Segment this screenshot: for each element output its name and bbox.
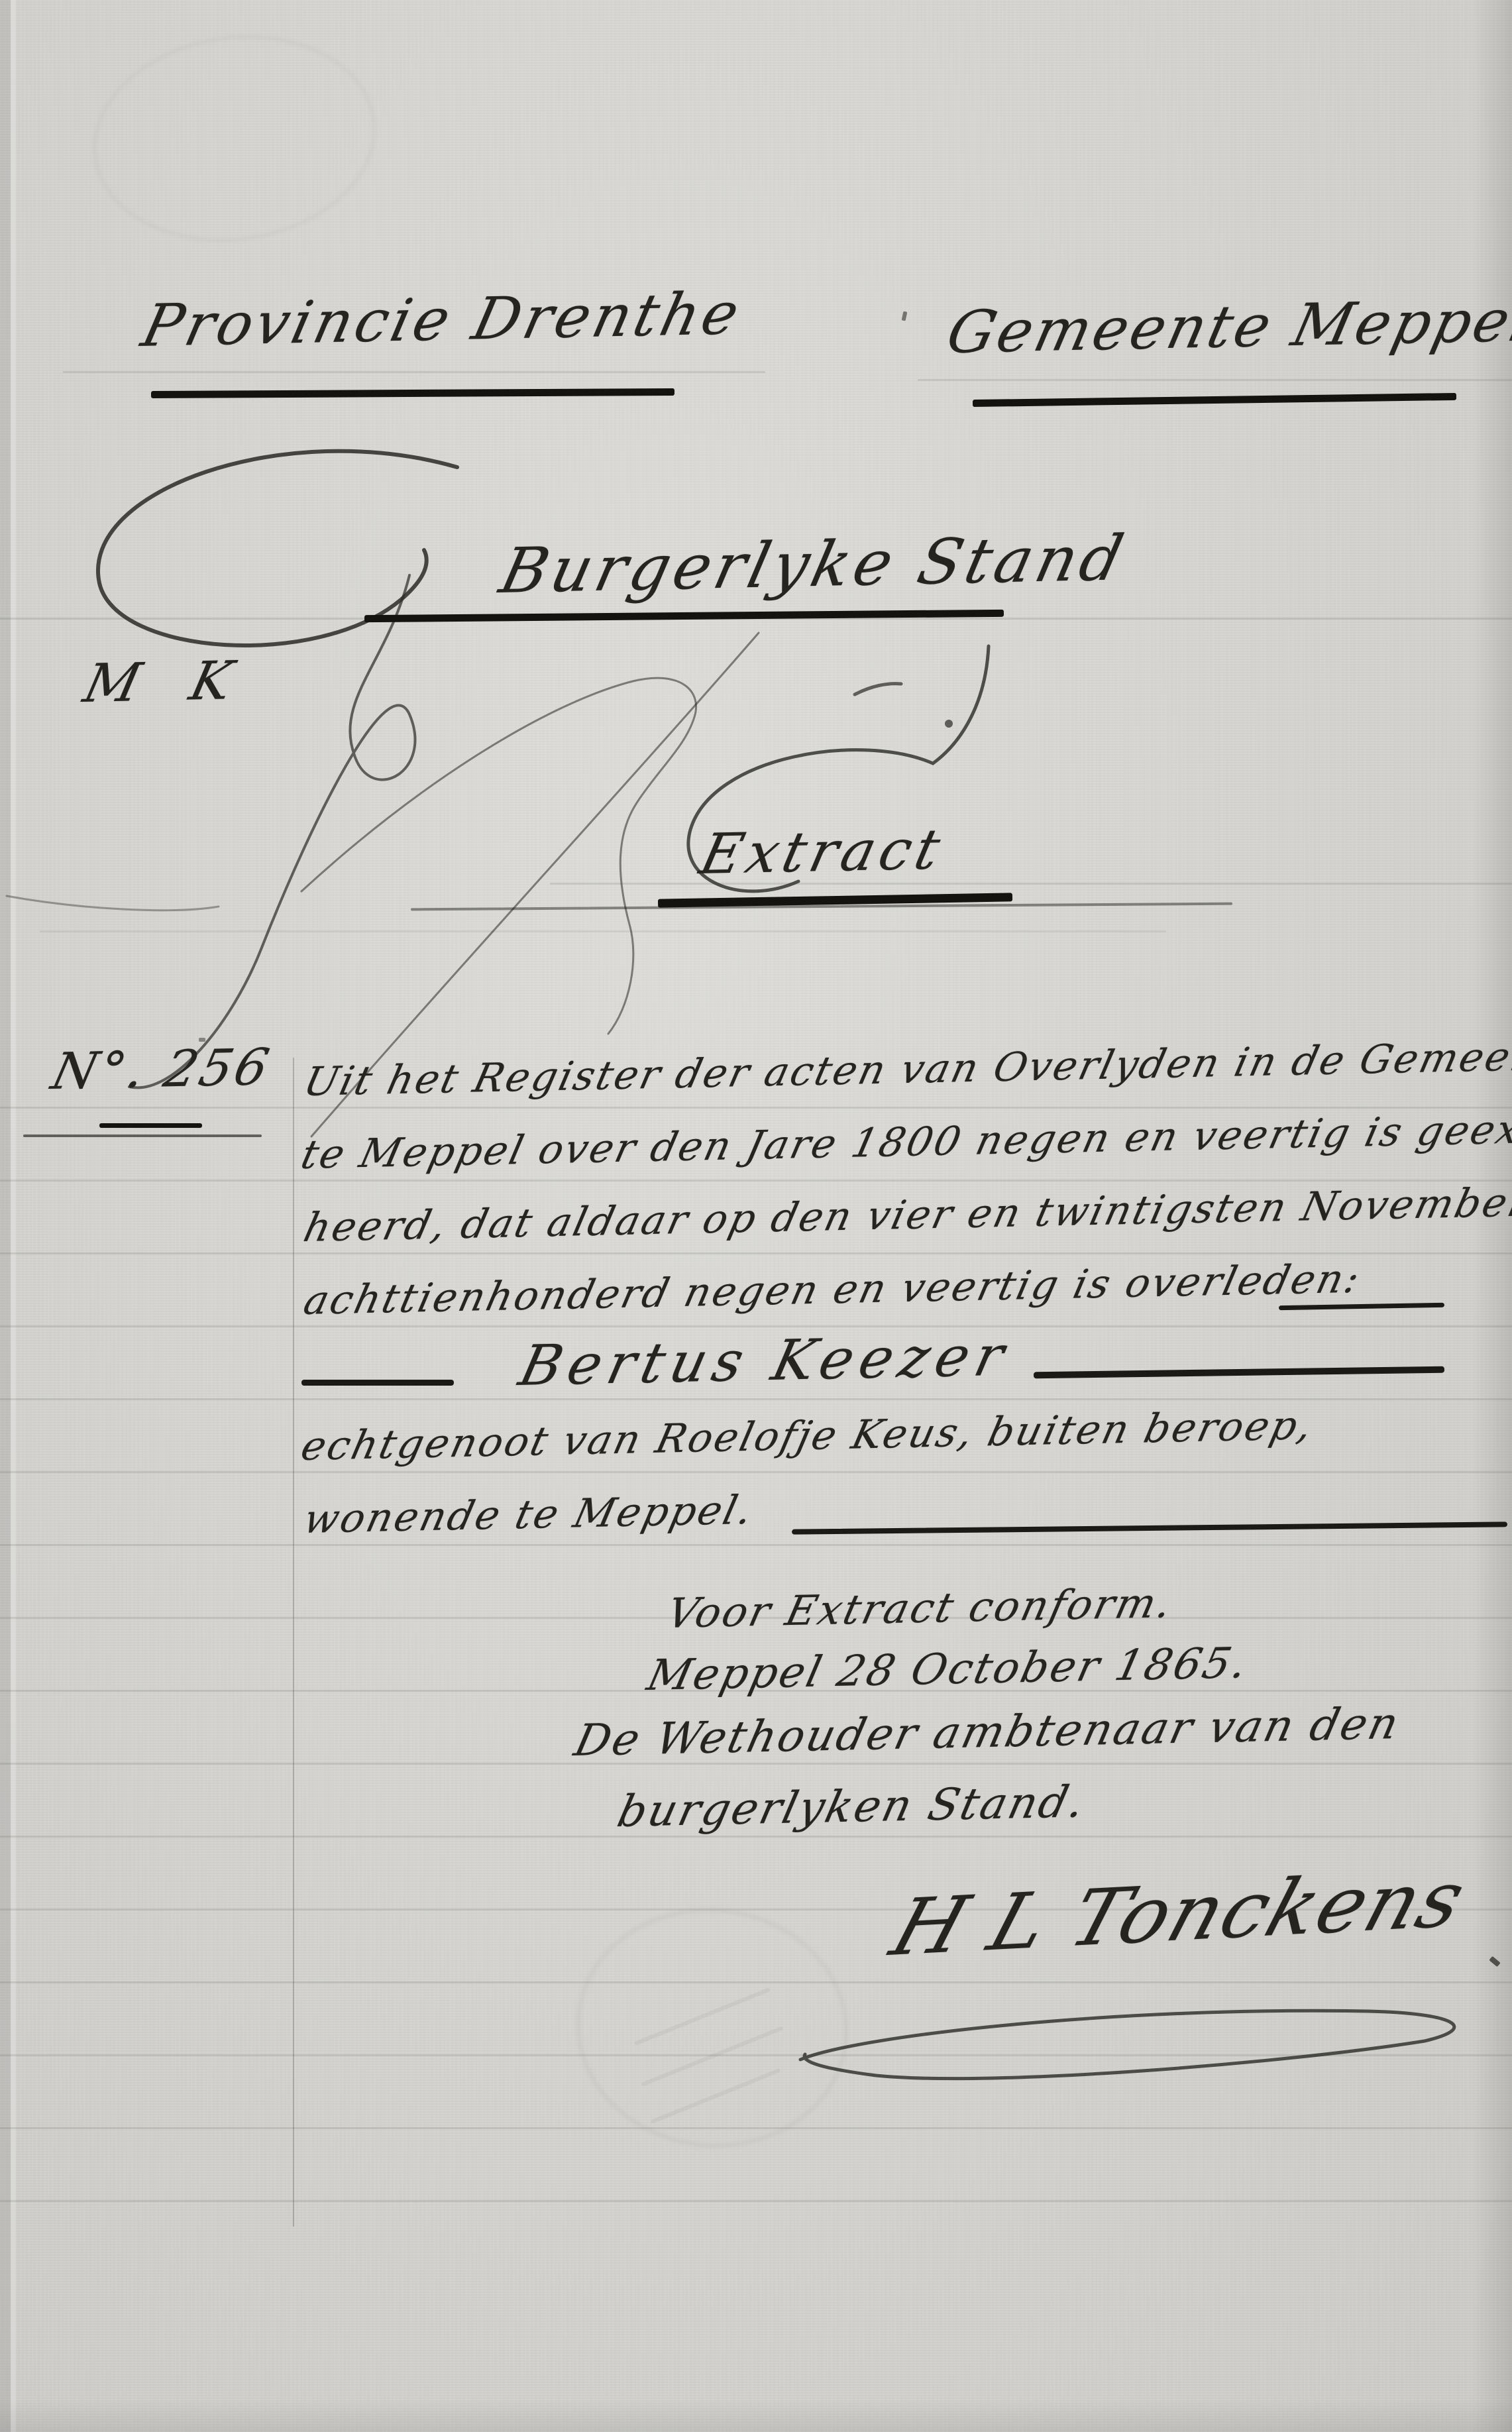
margin-initials: M K (78, 649, 256, 714)
section-title: Burgerlyke Stand (494, 522, 1133, 608)
document-page: Provincie Drenthe Gemeente Meppel Burger… (0, 0, 1512, 2432)
municipality-header: Gemeente Meppel (941, 286, 1512, 366)
ink-dash (301, 1380, 454, 1386)
act-number-underline-thick (99, 1123, 202, 1128)
closing-line: burgerlyken Stand. (613, 1776, 1091, 1837)
detail-line: wonende te Meppel. (299, 1487, 759, 1543)
ink-speck (199, 1038, 205, 1042)
act-number: N°. 256 (46, 1037, 277, 1101)
act-number-underline-thin (23, 1134, 262, 1137)
province-header: Provincie Drenthe (136, 279, 749, 360)
deceased-name: Bertus Keezer (513, 1323, 1016, 1398)
extract-heading: Extract (694, 816, 951, 887)
